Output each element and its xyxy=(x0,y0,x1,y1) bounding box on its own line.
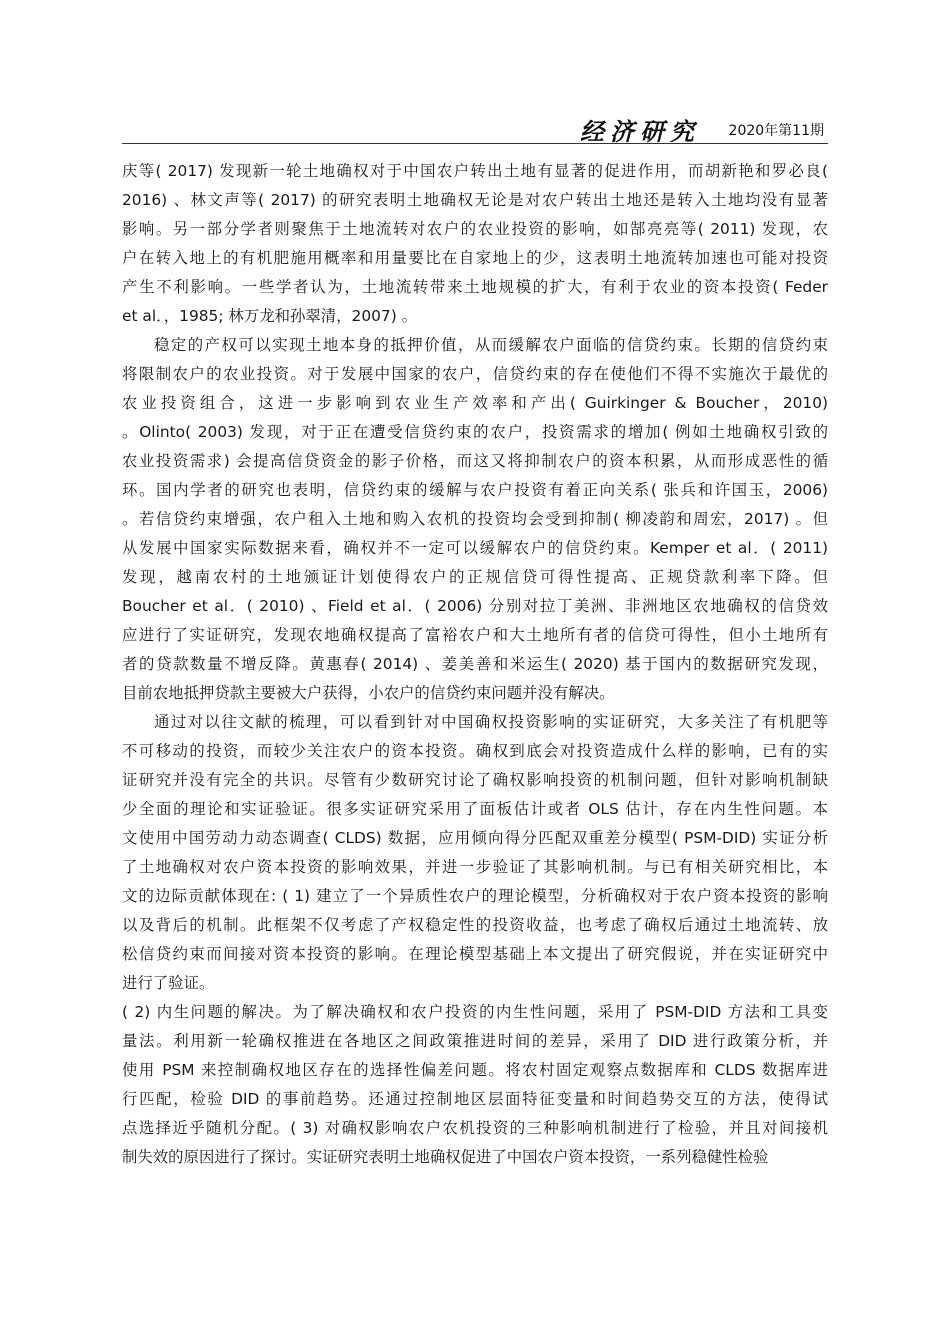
text-line: 庆等( 2017) 发现新一轮土地确权对于中国农户转出土地有显著的促进作用，而胡… xyxy=(122,157,828,186)
text-line: 产生不利影响。一些学者认为，土地流转带来土地规模的扩大，有利于农业的资本投资( … xyxy=(122,273,828,302)
issue-label: 2020年第11期 xyxy=(729,120,824,140)
text-line: 稳定的产权可以实现土地本身的抵押价值，从而缓解农户面临的信贷约束。长期的信贷约束 xyxy=(122,331,828,360)
text-line: 。Olinto( 2003) 发现，对于正在遭受信贷约束的农户，投资需求的增加(… xyxy=(122,418,828,447)
text-line: 户在转入地上的有机肥施用概率和用量要比在自家地上的少，这表明土地流转加速也可能对… xyxy=(122,244,828,273)
paragraph: 通过对以往文献的梳理，可以看到针对中国确权投资影响的实证研究，大多关注了有机肥等… xyxy=(122,708,828,998)
text-line: 文使用中国劳动力动态调查( CLDS) 数据，应用倾向得分匹配双重差分模型( P… xyxy=(122,824,828,853)
paragraph: 庆等( 2017) 发现新一轮土地确权对于中国农户转出土地有显著的促进作用，而胡… xyxy=(122,157,828,331)
text-line: 不可移动的投资，而较少关注农户的资本投资。确权到底会对投资造成什么样的影响，已有… xyxy=(122,737,828,766)
text-line: 环。国内学者的研究也表明，信贷约束的缓解与农户投资有着正向关系( 张兵和许国玉，… xyxy=(122,476,828,505)
text-line: 点选择近乎随机分配。( 3) 对确权影响农户农机投资的三种影响机制进行了检验，并… xyxy=(122,1114,828,1143)
journal-logo: 经济研究 xyxy=(580,112,700,147)
text-line: et al．，1985; 林万龙和孙翠清，2007) 。 xyxy=(122,302,828,331)
text-line: 。若信贷约束增强，农户租入土地和购入农机的投资均会受到抑制( 柳凌韵和周宏，20… xyxy=(122,505,828,534)
text-line: 农业投资组合，这进一步影响到农业生产效率和产出( Guirkinger & Bo… xyxy=(122,389,828,418)
text-line: 2016) 、林文声等( 2017) 的研究表明土地确权无论是对农户转出土地还是… xyxy=(122,186,828,215)
text-line: 使用 PSM 来控制确权地区存在的选择性偏差问题。将农村固定观察点数据库和 CL… xyxy=(122,1056,828,1085)
text-line: 制失效的原因进行了探讨。实证研究表明土地确权促进了中国农户资本投资，一系列稳健性… xyxy=(122,1143,828,1172)
text-line: 通过对以往文献的梳理，可以看到针对中国确权投资影响的实证研究，大多关注了有机肥等 xyxy=(122,708,828,737)
text-line: 行匹配，检验 DID 的事前趋势。还通过控制地区层面特征变量和时间趋势交互的方法… xyxy=(122,1085,828,1114)
text-line: 应进行了实证研究，发现农地确权提高了富裕农户和大土地所有者的信贷可得性，但小土地… xyxy=(122,621,828,650)
header-divider xyxy=(122,143,828,144)
text-line: ( 2) 内生问题的解决。为了解决确权和农户投资的内生性问题，采用了 PSM-D… xyxy=(122,998,828,1027)
text-line: 了土地确权对农户资本投资的影响效果，并进一步验证了其影响机制。与已有相关研究相比… xyxy=(122,853,828,882)
text-line: 目前农地抵押贷款主要被大户获得，小农户的信贷约束问题并没有解决。 xyxy=(122,679,828,708)
text-line: Boucher et al．( 2010) 、Field et al．( 200… xyxy=(122,592,828,621)
text-line: 影响。另一部分学者则聚焦于土地流转对农户的农业投资的影响，如郜亮亮等( 2011… xyxy=(122,215,828,244)
text-line: 少全面的理论和实证验证。很多实证研究采用了面板估计或者 OLS 估计，存在内生性… xyxy=(122,795,828,824)
text-line: 证研究并没有完全的共识。尽管有少数研究讨论了确权影响投资的机制问题，但针对影响机… xyxy=(122,766,828,795)
paragraph: 稳定的产权可以实现土地本身的抵押价值，从而缓解农户面临的信贷约束。长期的信贷约束… xyxy=(122,331,828,708)
text-line: 松信贷约束而间接对资本投资的影响。在理论模型基础上本文提出了研究假说，并在实证研… xyxy=(122,940,828,969)
text-line: 农业投资需求) 会提高信贷资金的影子价格，而这又将抑制农户的资本积累，从而形成恶… xyxy=(122,447,828,476)
text-line: 文的边际贡献体现在: ( 1) 建立了一个异质性农户的理论模型，分析确权对于农户… xyxy=(122,882,828,911)
text-line: 发现，越南农村的土地颁证计划使得农户的正规信贷可得性提高、正规贷款利率下降。但 xyxy=(122,563,828,592)
text-line: 者的贷款数量不增反降。黄惠春( 2014) 、姜美善和米运生( 2020) 基于… xyxy=(122,650,828,679)
text-line: 从发展中国家实际数据来看，确权并不一定可以缓解农户的信贷约束。Kemper et… xyxy=(122,534,828,563)
text-line: 以及背后的机制。此框架不仅考虑了产权稳定性的投资收益，也考虑了确权后通过土地流转… xyxy=(122,911,828,940)
article-body: 庆等( 2017) 发现新一轮土地确权对于中国农户转出土地有显著的促进作用，而胡… xyxy=(122,157,828,1172)
text-line: 进行了验证。 xyxy=(122,969,828,998)
text-line: 将限制农户的农业投资。对于发展中国家的农户，信贷约束的存在使他们不得不实施次于最… xyxy=(122,360,828,389)
paragraph: ( 2) 内生问题的解决。为了解决确权和农户投资的内生性问题，采用了 PSM-D… xyxy=(122,998,828,1172)
text-line: 量法。利用新一轮确权推进在各地区之间政策推进时间的差异，采用了 DID 进行政策… xyxy=(122,1027,828,1056)
running-header: 经济研究 2020年第11期 xyxy=(122,112,828,142)
